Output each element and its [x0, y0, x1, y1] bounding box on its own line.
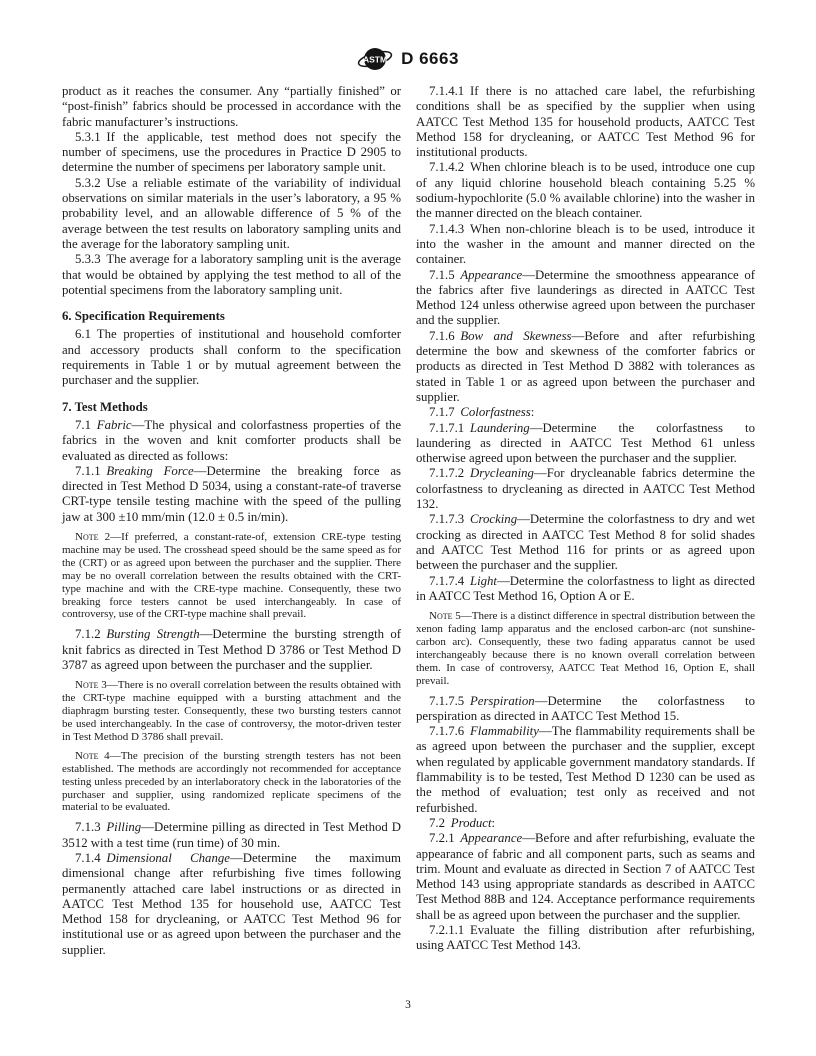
note-text: —If preferred, a constant-rate-of, exten… [62, 531, 401, 620]
clause-number: 7.1.1 [75, 464, 101, 478]
body-paragraph: 7.1.4Dimensional Change—Determine the ma… [62, 851, 401, 958]
clause-term: Fabric [97, 418, 132, 432]
paragraph-text: : [492, 816, 496, 830]
paragraph-text: : [531, 405, 535, 419]
body-paragraph: 6.1The properties of institutional and h… [62, 327, 401, 388]
clause-number: 7.1.4.3 [429, 222, 464, 236]
clause-term: Drycleaning [470, 466, 534, 480]
paragraph-text: —Determine the colorfastness to perspira… [416, 694, 755, 723]
clause-number: 7.2.1 [429, 831, 455, 845]
paragraph-text: —For drycleanable fabrics determine the … [416, 466, 755, 511]
body-paragraph: 7.1.7Colorfastness: [416, 405, 755, 420]
body-paragraph: 5.3.1If the applicable, test method does… [62, 130, 401, 176]
clause-term: Dimensional Change [106, 851, 230, 865]
clause-term: Bow and Skewness [460, 329, 571, 343]
paragraph-text: If there is no attached care label, the … [416, 84, 755, 159]
paragraph-text: If the applicable, test method does not … [62, 130, 401, 175]
clause-term: Appearance [460, 831, 522, 845]
astm-logo-text: ASTM [363, 55, 387, 65]
note-paragraph: Note 4—The precision of the bursting str… [62, 750, 401, 815]
body-paragraph: 7.1.1Breaking Force—Determine the breaki… [62, 464, 401, 525]
note-label: Note 2 [75, 531, 110, 543]
note-paragraph: Note 3—There is no overall correlation b… [62, 679, 401, 744]
paragraph-text: The average for a laboratory sampling un… [62, 252, 401, 297]
clause-number: 6.1 [75, 327, 91, 341]
body-paragraph: 7.2.1.1Evaluate the filling distribution… [416, 923, 755, 954]
clause-term: Product [451, 816, 492, 830]
body-paragraph: product as it reaches the consumer. Any … [62, 84, 401, 130]
clause-number: 7.1.7.4 [429, 574, 464, 588]
body-paragraph: 5.3.2Use a reliable estimate of the vari… [62, 176, 401, 252]
body-paragraph: 7.2Product: [416, 816, 755, 831]
clause-term: Crocking [470, 512, 517, 526]
clause-number: 7.1.7.6 [429, 724, 464, 738]
clause-term: Bursting Strength [106, 627, 199, 641]
clause-number: 7.1.7.3 [429, 512, 464, 526]
clause-term: Breaking Force [106, 464, 193, 478]
paragraph-text: When non-chlorine bleach is to be used, … [416, 222, 755, 267]
body-paragraph: 7.1.4.1If there is no attached care labe… [416, 84, 755, 160]
body-paragraph: 7.1.5Appearance—Determine the smoothness… [416, 268, 755, 329]
section-heading: 6. Specification Requirements [62, 309, 401, 324]
document-page: ASTM D 6663 product as it reaches the co… [0, 0, 816, 1056]
body-paragraph: 7.1.7.6Flammability—The flammability req… [416, 724, 755, 816]
paragraph-text: The properties of institutional and hous… [62, 327, 401, 387]
clause-term: Pilling [106, 820, 141, 834]
paragraph-text: When chlorine bleach is to be used, intr… [416, 160, 755, 220]
body-paragraph: 7.1.7.5Perspiration—Determine the colorf… [416, 694, 755, 725]
body-paragraph: 7.1.7.3Crocking—Determine the colorfastn… [416, 512, 755, 573]
clause-number: 7.1.7.2 [429, 466, 464, 480]
clause-term: Perspiration [470, 694, 535, 708]
clause-term: Appearance [460, 268, 522, 282]
clause-number: 5.3.3 [75, 252, 101, 266]
right-column: 7.1.4.1If there is no attached care labe… [416, 84, 755, 958]
clause-number: 7.1.5 [429, 268, 455, 282]
clause-number: 5.3.2 [75, 176, 101, 190]
clause-term: Colorfastness [460, 405, 530, 419]
clause-number: 7.1.7.1 [429, 421, 464, 435]
note-paragraph: Note 2—If preferred, a constant-rate-of,… [62, 531, 401, 621]
paragraph-text: —Determine the maximum dimensional chang… [62, 851, 401, 957]
two-column-body: product as it reaches the consumer. Any … [62, 84, 755, 958]
clause-number: 7.1.6 [429, 329, 455, 343]
page-number: 3 [0, 999, 816, 1011]
body-paragraph: 7.1.7.4Light—Determine the colorfastness… [416, 574, 755, 605]
body-paragraph: 7.1.4.3When non-chlorine bleach is to be… [416, 222, 755, 268]
paragraph-text: —The flammability requirements shall be … [416, 724, 755, 814]
body-paragraph: 7.1.7.1Laundering—Determine the colorfas… [416, 421, 755, 467]
clause-number: 7.1.7.5 [429, 694, 464, 708]
left-column: product as it reaches the consumer. Any … [62, 84, 401, 958]
body-paragraph: 7.1.4.2When chlorine bleach is to be use… [416, 160, 755, 221]
note-text: —There is no overall correlation between… [62, 679, 401, 743]
clause-number: 7.2.1.1 [429, 923, 464, 937]
clause-number: 7.1 [75, 418, 91, 432]
clause-term: Flammability [470, 724, 539, 738]
body-paragraph: 7.1Fabric—The physical and colorfastness… [62, 418, 401, 464]
clause-term: Laundering [470, 421, 530, 435]
paragraph-text: Evaluate the filling distribution after … [416, 923, 755, 952]
clause-number: 7.1.3 [75, 820, 101, 834]
note-paragraph: Note 5—There is a distinct difference in… [416, 610, 755, 687]
paragraph-text: —Determine the colorfastness to dry and … [416, 512, 755, 572]
body-paragraph: 5.3.3The average for a laboratory sampli… [62, 252, 401, 298]
paragraph-text: —Determine the colorfastness to light as… [416, 574, 755, 603]
clause-number: 5.3.1 [75, 130, 101, 144]
body-paragraph: 7.2.1Appearance—Before and after refurbi… [416, 831, 755, 923]
body-paragraph: 7.1.2Bursting Strength—Determine the bur… [62, 627, 401, 673]
clause-number: 7.1.4.1 [429, 84, 464, 98]
note-text: —The precision of the bursting strength … [62, 750, 401, 814]
standard-number: D 6663 [401, 49, 459, 69]
clause-number: 7.1.7 [429, 405, 455, 419]
paragraph-text: —Determine the colorfastness to launderi… [416, 421, 755, 466]
clause-number: 7.1.2 [75, 627, 101, 641]
paragraph-text: Use a reliable estimate of the variabili… [62, 176, 401, 251]
clause-number: 7.1.4 [75, 851, 101, 865]
paragraph-text: product as it reaches the consumer. Any … [62, 84, 401, 129]
note-label: Note 3 [75, 679, 107, 691]
body-paragraph: 7.1.6Bow and Skewness—Before and after r… [416, 329, 755, 405]
clause-term: Light [470, 574, 497, 588]
clause-number: 7.2 [429, 816, 445, 830]
document-header: ASTM D 6663 [0, 44, 816, 74]
clause-number: 7.1.4.2 [429, 160, 464, 174]
note-text: —There is a distinct difference in spect… [416, 610, 755, 687]
note-label: Note 4 [75, 750, 110, 762]
body-paragraph: 7.1.3Pilling—Determine pilling as direct… [62, 820, 401, 851]
section-heading: 7. Test Methods [62, 400, 401, 415]
astm-logo-icon: ASTM [357, 44, 393, 74]
note-label: Note 5 [429, 610, 461, 622]
body-paragraph: 7.1.7.2Drycleaning—For drycleanable fabr… [416, 466, 755, 512]
